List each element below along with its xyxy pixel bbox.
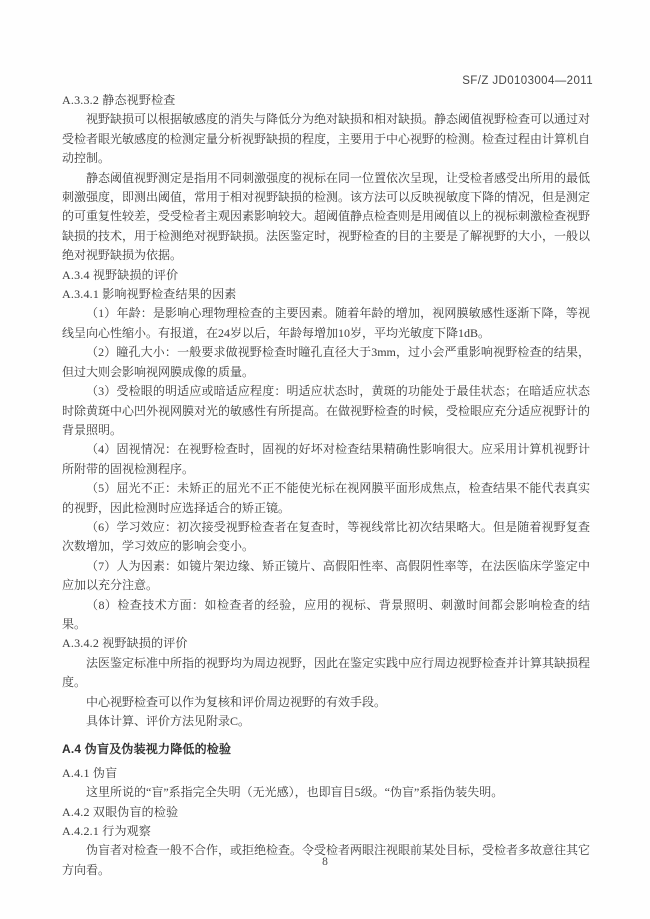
paragraph-factor-8: （8）检查技术方面：如检查者的经验，应用的视标、背景照明、刺激时间都会影响检查的… [62,596,590,635]
heading-a-3-4-2: A.3.4.2 视野缺损的评价 [62,634,590,653]
paragraph: 中心视野检查可以作为复核和评价周边视野的有效手段。 [62,693,590,712]
heading-a-4-2: A.4.2 双眼伪盲的检验 [62,803,590,822]
paragraph-factor-1: （1）年龄：是影响心理物理检查的主要因素。随着年龄的增加，视网膜敏感性逐渐下降，… [62,304,590,343]
heading-a-3-4: A.3.4 视野缺损的评价 [62,266,590,285]
paragraph-factor-2: （2）瞳孔大小：一般要求做视野检查时瞳孔直径大于3mm，过小会严重影响视野检查的… [62,343,590,382]
heading-a-4: A.4 伪盲及伪装视力降低的检验 [62,740,590,759]
paragraph: 视野缺损可以根据敏感度的消失与降低分为绝对缺损和相对缺损。静态阈值视野检查可以通… [62,110,590,168]
heading-a-3-4-1: A.3.4.1 影响视野检查结果的因素 [62,285,590,304]
paragraph: 静态阈值视野测定是指用不同刺激强度的视标在同一位置依次呈现，让受检者感受出所用的… [62,169,590,266]
document-body: A.3.3.2 静态视野检查 视野缺损可以根据敏感度的消失与降低分为绝对缺损和相… [62,91,590,880]
page-number: 8 [0,856,650,868]
standard-code: SF/Z JD0103004—2011 [462,75,593,87]
document-page: SF/Z JD0103004—2011 A.3.3.2 静态视野检查 视野缺损可… [0,0,650,919]
paragraph-factor-5: （5）屈光不正：未矫正的屈光不正不能使光标在视网膜平面形成焦点，检查结果不能代表… [62,479,590,518]
paragraph-factor-3: （3）受检眼的明适应或暗适应程度：明适应状态时，黄斑的功能处于最佳状态；在暗适应… [62,382,590,440]
paragraph: 具体计算、评价方法见附录C。 [62,712,590,731]
heading-a-4-1: A.4.1 伪盲 [62,764,590,783]
heading-a-4-2-1: A.4.2.1 行为观察 [62,822,590,841]
heading-a-3-3-2: A.3.3.2 静态视野检查 [62,91,590,110]
paragraph-factor-7: （7）人为因素：如镜片架边缘、矫正镜片、高假阳性率、高假阴性率等，在法医临床学鉴… [62,557,590,596]
paragraph-factor-6: （6）学习效应：初次接受视野检查者在复查时，等视线常比初次结果略大。但是随着视野… [62,518,590,557]
paragraph: 法医鉴定标准中所指的视野均为周边视野，因此在鉴定实践中应行周边视野检查并计算其缺… [62,654,590,693]
paragraph: 这里所说的“盲”系指完全失明（无光感），也即盲目5级。“伪盲”系指伪装失明。 [62,783,590,802]
paragraph-factor-4: （4）固视情况：在视野检查时，固视的好坏对检查结果精确性影响很大。应采用计算机视… [62,440,590,479]
